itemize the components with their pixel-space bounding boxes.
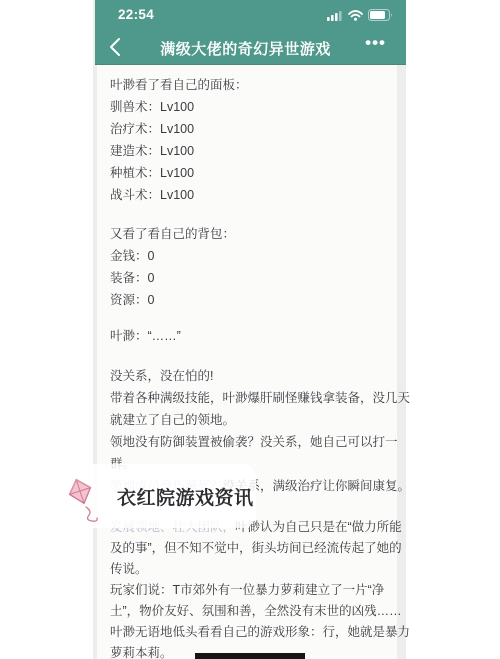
line-spacer [110,206,394,223]
reader-line: 没关系，没在怕的! [110,365,394,387]
watermark-text: 衣红院游戏资讯 [117,483,254,510]
reader-line: 建造术：Lv100 [110,140,394,162]
screenshot-canvas: 22:54 [0,0,500,659]
reader-line: 领地没有防御装置被偷袭？没关系，她自己可以打一 [110,431,394,453]
reader-line: 战斗术：Lv100 [110,184,394,206]
reader-line: 资源：0 [110,289,394,311]
reader-line: 装备：0 [110,267,394,289]
reader-line: 土”，物价友好、氛围和善，全然没有末世的凶残…… [110,601,394,622]
cellular-signal-icon [327,10,343,21]
reader-line: 带着各种满级技能，叶渺爆肝刷怪赚钱拿装备，没几天 [110,387,394,409]
battery-icon [368,9,393,21]
reader-line: 叶渺无语地低头看看自己的游戏形象：行，她就是暴力 [110,622,394,643]
clock-time: 22:54 [118,7,154,22]
phone-right-edge [397,0,406,659]
reader-line: 治疗术：Lv100 [110,118,394,140]
more-menu-icon[interactable]: ••• [365,33,386,53]
reader-line: 驯兽术：Lv100 [110,96,394,118]
nav-bar: 满级大佬的奇幻异世游戏 ••• [95,30,406,65]
reader-line: 金钱：0 [110,245,394,267]
app-header: 22:54 [95,0,406,65]
back-icon[interactable] [105,35,127,59]
line-spacer [110,311,394,325]
status-bar: 22:54 [95,0,406,30]
reader-line: 种植术：Lv100 [110,162,394,184]
reader-line: 又看了看自己的背包： [110,223,394,245]
reader-line: 玩家们说：T市郊外有一位暴力萝莉建立了一片“净 [110,580,394,601]
reader-line: 就建立了自己的领地。 [110,409,394,431]
status-icons [327,9,393,21]
reader-line: 及的事”，但不知不觉中，街头坊间已经流传起了她的 [110,538,394,559]
reader-line: 传说。 [110,559,394,580]
wifi-icon [348,10,363,21]
reader-line: 叶渺看了看自己的面板： [110,74,394,96]
kite-icon [64,477,110,530]
novel-text-content: 叶渺看了看自己的面板： 驯兽术：Lv100 治疗术：Lv100 建造术：Lv10… [110,65,394,659]
page-title: 满级大佬的奇幻异世游戏 [135,38,356,59]
reader-line: 叶渺：“……” [110,325,394,347]
line-spacer [110,347,394,365]
bottom-black-bar [195,653,305,659]
